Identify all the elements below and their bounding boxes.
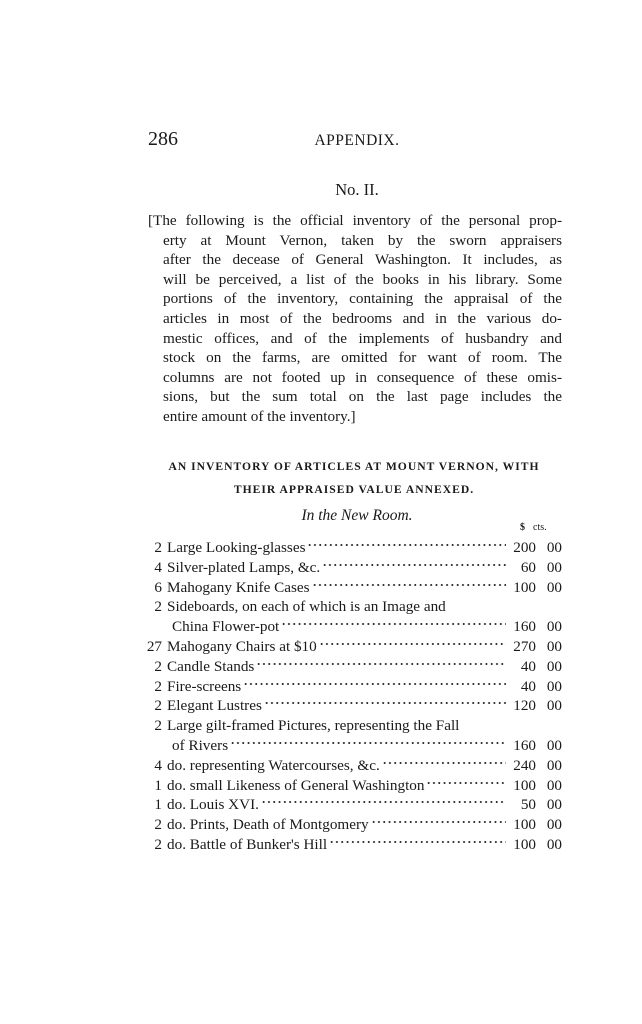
item-cents: 00 [536, 658, 562, 676]
item-cents: 00 [536, 697, 562, 715]
inventory-item: of Rivers16000 [146, 737, 562, 757]
item-description: do. representing Watercourses, &c. [167, 757, 380, 775]
dot-leader [281, 618, 506, 630]
inventory-item: 2Sideboards, on each of which is an Imag… [146, 598, 562, 618]
dot-leader [319, 638, 506, 650]
item-dollars: 270 [508, 638, 536, 656]
intro-line: erty at Mount Vernon, taken by the sworn… [148, 231, 562, 251]
dot-leader [230, 737, 506, 749]
item-dollars: 100 [508, 579, 536, 597]
intro-line: articles in most of the bedrooms and in … [148, 309, 562, 329]
dot-leader [307, 539, 506, 551]
dot-leader [371, 816, 506, 828]
intro-line: columns are not footed up in consequence… [148, 368, 562, 388]
cents-column-header: cts. [533, 522, 547, 533]
inventory-heading-line-2: THEIR APPRAISED VALUE ANNEXED. [147, 478, 561, 501]
inventory-item: 6Mahogany Knife Cases10000 [146, 579, 562, 599]
item-quantity: 2 [146, 836, 162, 854]
inventory-item: 27Mahogany Chairs at $1027000 [146, 638, 562, 658]
item-quantity: 1 [146, 777, 162, 795]
item-cents: 00 [536, 638, 562, 656]
item-dollars: 40 [508, 678, 536, 696]
inventory-heading: AN INVENTORY OF ARTICLES AT MOUNT VERNON… [147, 455, 561, 501]
item-dollars: 60 [508, 559, 536, 577]
inventory-item: 2do. Battle of Bunker's Hill10000 [146, 836, 562, 856]
dot-leader [264, 697, 506, 709]
item-dollars: 120 [508, 697, 536, 715]
item-quantity: 27 [146, 638, 162, 656]
item-quantity: 2 [146, 697, 162, 715]
item-dollars: 240 [508, 757, 536, 775]
item-dollars: 100 [508, 836, 536, 854]
item-description: Silver-plated Lamps, &c. [167, 559, 320, 577]
dot-leader [322, 559, 506, 571]
item-description: Large gilt-framed Pictures, representing… [167, 717, 459, 735]
dot-leader [243, 678, 506, 690]
intro-line: mestic offices, and of the implements of… [148, 329, 562, 349]
item-cents: 00 [536, 559, 562, 577]
inventory-item: China Flower-pot16000 [146, 618, 562, 638]
item-description: China Flower-pot [146, 618, 279, 636]
inventory-item: 1do. small Likeness of General Washingto… [146, 777, 562, 797]
inventory-item: 2do. Prints, Death of Montgomery10000 [146, 816, 562, 836]
dot-leader [261, 796, 506, 808]
inventory-list: 2Large Looking-glasses200004Silver-plate… [146, 539, 562, 856]
item-cents: 00 [536, 836, 562, 854]
inventory-item: 2Fire-screens4000 [146, 678, 562, 698]
item-description: Mahogany Knife Cases [167, 579, 310, 597]
item-dollars: 100 [508, 816, 536, 834]
dot-leader [256, 658, 506, 670]
item-quantity: 2 [146, 658, 162, 676]
dot-leader [312, 579, 506, 591]
inventory-item: 2Large Looking-glasses20000 [146, 539, 562, 559]
item-quantity: 2 [146, 539, 162, 557]
item-quantity: 2 [146, 717, 162, 735]
inventory-item: 4Silver-plated Lamps, &c.6000 [146, 559, 562, 579]
item-cents: 00 [536, 579, 562, 597]
item-quantity: 1 [146, 796, 162, 814]
dot-leader [329, 836, 506, 848]
intro-line: [The following is the official inventory… [148, 211, 562, 231]
inventory-item: 2Elegant Lustres12000 [146, 697, 562, 717]
item-quantity: 2 [146, 598, 162, 616]
item-description: do. small Likeness of General Washington [167, 777, 424, 795]
item-description: Elegant Lustres [167, 697, 262, 715]
item-description: Fire-screens [167, 678, 241, 696]
item-dollars: 100 [508, 777, 536, 795]
item-quantity: 4 [146, 757, 162, 775]
intro-line: entire amount of the inventory.] [148, 407, 562, 427]
item-cents: 00 [536, 757, 562, 775]
intro-line: stock on the farms, are omitted for want… [148, 348, 562, 368]
inventory-item: 4do. representing Watercourses, &c.24000 [146, 757, 562, 777]
item-quantity: 4 [146, 559, 162, 577]
item-description: Candle Stands [167, 658, 254, 676]
item-dollars: 50 [508, 796, 536, 814]
intro-line: sions, but the sum total on the last pag… [148, 387, 562, 407]
inventory-heading-line-1: AN INVENTORY OF ARTICLES AT MOUNT VERNON… [147, 455, 561, 478]
item-cents: 00 [536, 678, 562, 696]
intro-paragraph: [The following is the official inventory… [148, 211, 562, 427]
item-description: do. Louis XVI. [167, 796, 259, 814]
item-quantity: 2 [146, 678, 162, 696]
item-description: Sideboards, on each of which is an Image… [167, 598, 446, 616]
item-description: do. Prints, Death of Montgomery [167, 816, 369, 834]
dot-leader [426, 777, 506, 789]
running-head: APPENDIX. [0, 132, 642, 150]
item-description: do. Battle of Bunker's Hill [167, 836, 327, 854]
item-quantity: 6 [146, 579, 162, 597]
item-cents: 00 [536, 816, 562, 834]
section-number: No. II. [0, 180, 642, 200]
item-dollars: 160 [508, 737, 536, 755]
intro-line: after the decease of General Washington.… [148, 250, 562, 270]
inventory-item: 2Large gilt-framed Pictures, representin… [146, 717, 562, 737]
item-description: Mahogany Chairs at $10 [167, 638, 317, 656]
item-dollars: 40 [508, 658, 536, 676]
inventory-item: 1do. Louis XVI.5000 [146, 796, 562, 816]
item-description: Large Looking-glasses [167, 539, 305, 557]
intro-line: portions of the inventory, containing th… [148, 289, 562, 309]
item-description: of Rivers [146, 737, 228, 755]
item-quantity: 2 [146, 816, 162, 834]
dot-leader [382, 757, 506, 769]
item-cents: 00 [536, 539, 562, 557]
intro-line: will be perceived, a list of the books i… [148, 270, 562, 290]
item-dollars: 160 [508, 618, 536, 636]
inventory-item: 2Candle Stands4000 [146, 658, 562, 678]
dollars-column-header: $ [520, 522, 525, 533]
item-cents: 00 [536, 796, 562, 814]
item-cents: 00 [536, 618, 562, 636]
column-headers: $cts. [520, 522, 547, 533]
item-cents: 00 [536, 777, 562, 795]
item-cents: 00 [536, 737, 562, 755]
item-dollars: 200 [508, 539, 536, 557]
